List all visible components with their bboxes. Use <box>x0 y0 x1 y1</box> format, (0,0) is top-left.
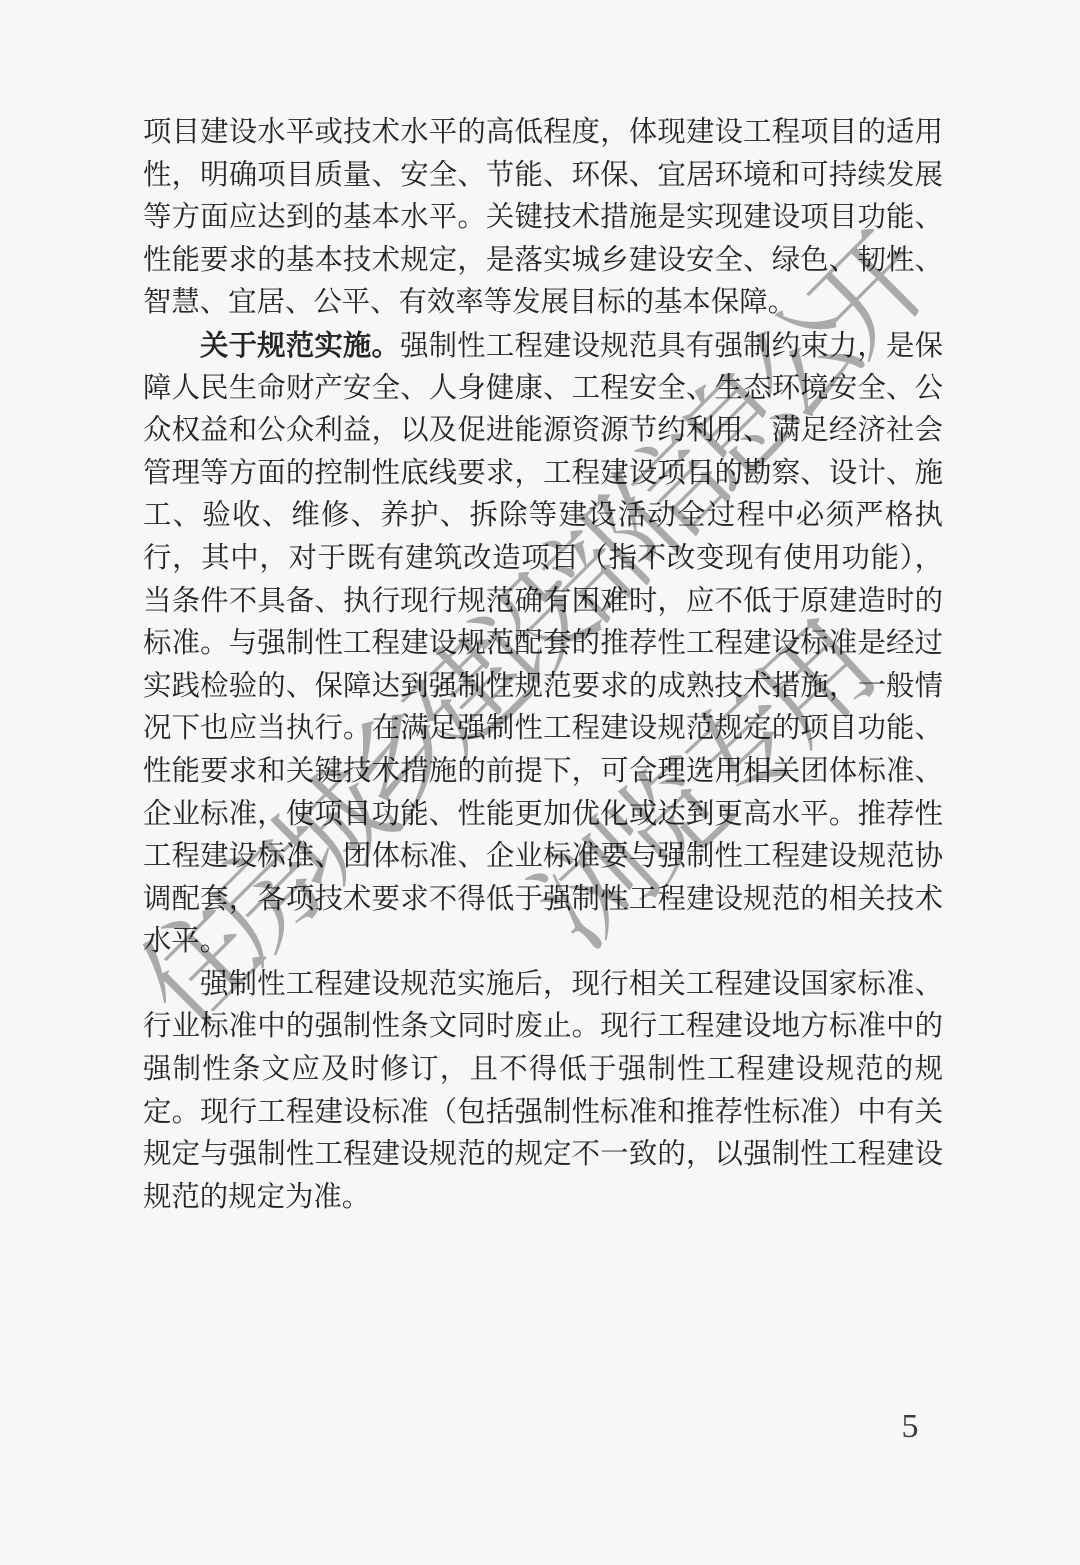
text-line: 工、验收、维修、养护、拆除等建设活动全过程中必须严格执 <box>143 495 943 538</box>
text-line: 性能要求和关键技术措施的前提下，可合理选用相关团体标准、 <box>143 751 943 794</box>
text-block: 项目建设水平或技术水平的高低程度，体现建设工程项目的适用性，明确项目质量、安全、… <box>143 112 943 1219</box>
text-line: 当条件不具备、执行现行规范确有困难时，应不低于原建造时的 <box>143 581 943 624</box>
text-line: 等方面应达到的基本水平。关键技术措施是实现建设项目功能、 <box>143 197 943 240</box>
text-line: 性，明确项目质量、安全、节能、环保、宜居环境和可持续发展 <box>143 155 943 198</box>
text-line: 规定与强制性工程建设规范的规定不一致的，以强制性工程建设 <box>143 1134 943 1177</box>
text-line: 众权益和公众利益，以及促进能源资源节约利用、满足经济社会 <box>143 410 943 453</box>
text-line: 强制性工程建设规范实施后，现行相关工程建设国家标准、 <box>143 964 943 1007</box>
text-line: 行，其中，对于既有建筑改造项目（指不改变现有使用功能）， <box>143 538 943 581</box>
text-line: 工程建设标准、团体标准、企业标准要与强制性工程建设规范协 <box>143 836 943 879</box>
text-line: 性能要求的基本技术规定，是落实城乡建设安全、绿色、韧性、 <box>143 240 943 283</box>
page-number: 5 <box>880 1406 940 1448</box>
text-line: 企业标准，使项目功能、性能更加优化或达到更高水平。推荐性 <box>143 794 943 837</box>
text-line: 项目建设水平或技术水平的高低程度，体现建设工程项目的适用 <box>143 112 943 155</box>
text-line: 调配套，各项技术要求不得低于强制性工程建设规范的相关技术 <box>143 879 943 922</box>
text-line: 行业标准中的强制性条文同时废止。现行工程建设地方标准中的 <box>143 1006 943 1049</box>
text-line: 强制性条文应及时修订，且不得低于强制性工程建设规范的规 <box>143 1049 943 1092</box>
text-line: 障人民生命财产安全、人身健康、工程安全、生态环境安全、公 <box>143 368 943 411</box>
text-line: 况下也应当执行。在满足强制性工程建设规范规定的项目功能、 <box>143 708 943 751</box>
text-line: 关于规范实施。强制性工程建设规范具有强制约束力，是保 <box>143 325 943 368</box>
text-line: 管理等方面的控制性底线要求，工程建设项目的勘察、设计、施 <box>143 453 943 496</box>
text-line: 定。现行工程建设标准（包括强制性标准和推荐性标准）中有关 <box>143 1092 943 1135</box>
text-line: 实践检验的、保障达到强制性规范要求的成熟技术措施，一般情 <box>143 666 943 709</box>
text-line: 水平。 <box>143 921 943 964</box>
paragraph-lead-bold: 关于规范实施。 <box>200 330 400 362</box>
text-line: 规范的规定为准。 <box>143 1177 943 1220</box>
text-line: 标准。与强制性工程建设规范配套的推荐性工程建设标准是经过 <box>143 623 943 666</box>
document-page: 住房城乡建设部信息公开 浏览专用 项目建设水平或技术水平的高低程度，体现建设工程… <box>0 0 1080 1565</box>
text-line: 智慧、宜居、公平、有效率等发展目标的基本保障。 <box>143 282 943 325</box>
